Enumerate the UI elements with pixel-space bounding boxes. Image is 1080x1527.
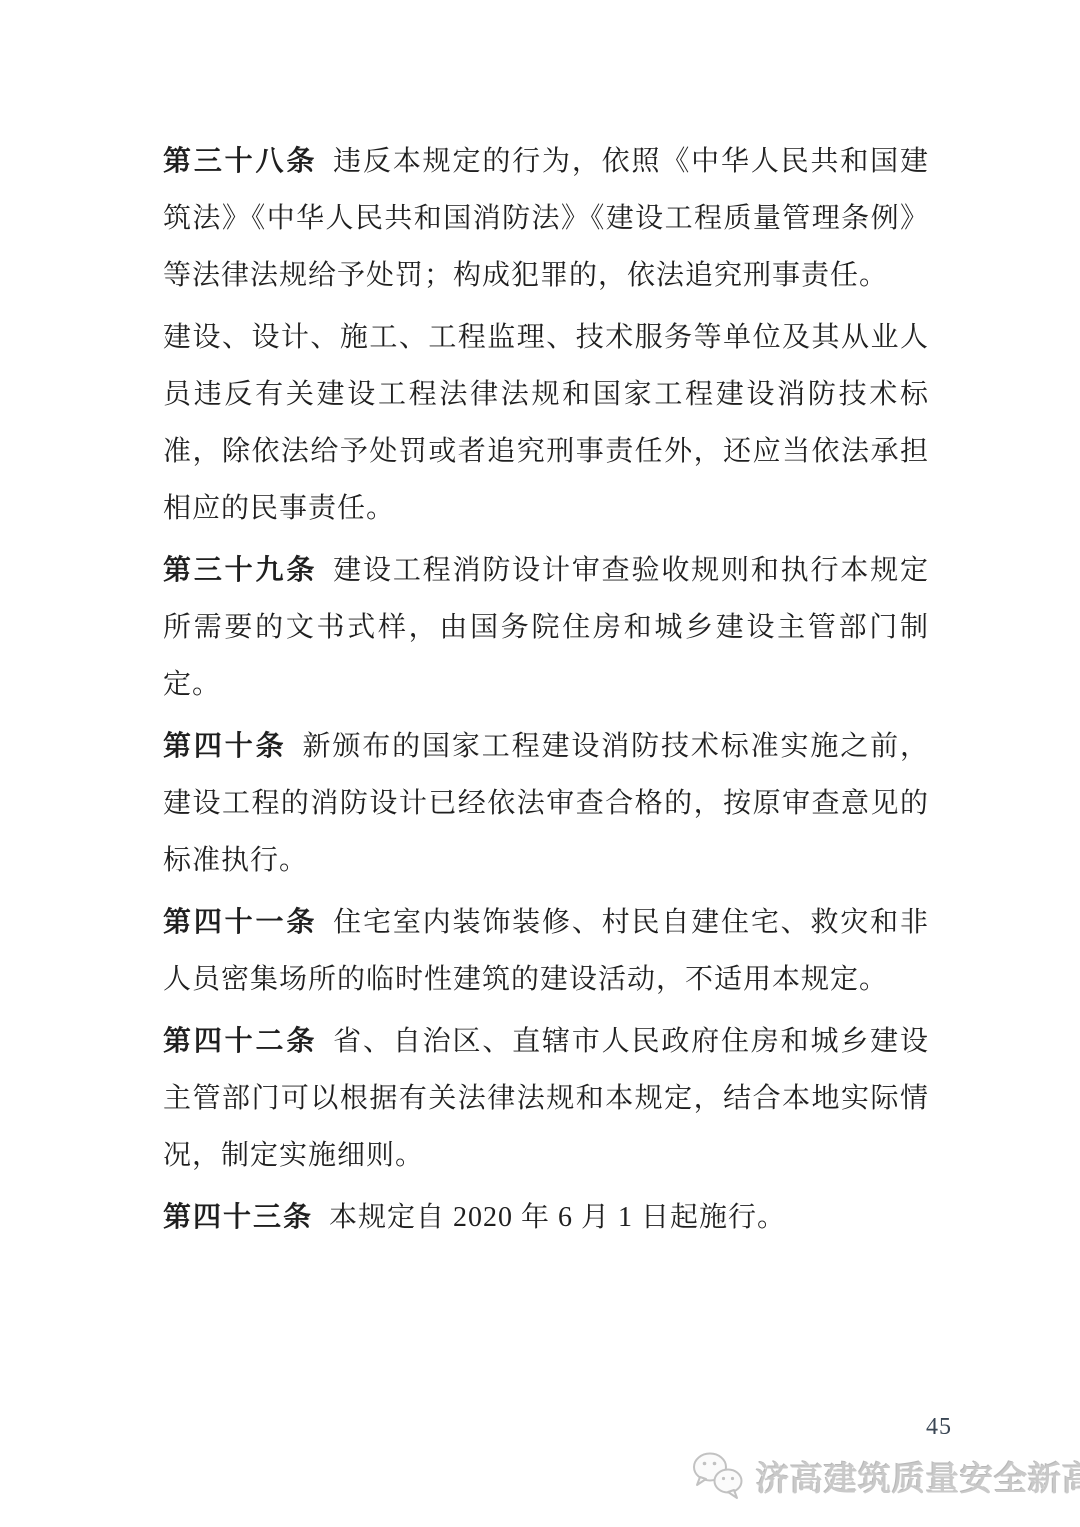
article-text: 本规定自 2020 年 6 月 1 日起施行。 [329, 1202, 786, 1233]
document-page: 第三十八条违反本规定的行为，依照《中华人民共和国建筑法》《中华人民共和国消防法》… [0, 0, 1080, 1527]
article-number: 第四十条 [163, 731, 287, 762]
article-paragraph: 第三十八条违反本规定的行为，依照《中华人民共和国建筑法》《中华人民共和国消防法》… [163, 133, 929, 304]
article-number: 第三十八条 [163, 146, 317, 177]
article-number: 第三十九条 [163, 555, 317, 586]
article-text: 建设、设计、施工、工程监理、技术服务等单位及其从业人员违反有关建设工程法律法规和… [163, 322, 929, 524]
page-number: 45 [0, 1414, 952, 1441]
article-paragraph: 第三十九条建设工程消防设计审查验收规则和执行本规定所需要的文书式样，由国务院住房… [163, 542, 929, 713]
article-number: 第四十一条 [163, 907, 317, 938]
article-paragraph: 第四十一条住宅室内装饰装修、村民自建住宅、救灾和非人员密集场所的临时性建筑的建设… [163, 894, 929, 1008]
document-body: 第三十八条违反本规定的行为，依照《中华人民共和国建筑法》《中华人民共和国消防法》… [163, 133, 929, 1251]
article-paragraph: 第四十三条本规定自 2020 年 6 月 1 日起施行。 [163, 1189, 929, 1246]
article-number: 第四十二条 [163, 1026, 317, 1057]
article-paragraph: 第四十条新颁布的国家工程建设消防技术标准实施之前，建设工程的消防设计已经依法审查… [163, 718, 929, 889]
wechat-icon [690, 1450, 746, 1502]
article-paragraph: 第四十二条省、自治区、直辖市人民政府住房和城乡建设主管部门可以根据有关法律法规和… [163, 1013, 929, 1184]
watermark-text: 济高建筑质量安全新高地 [756, 1453, 1080, 1500]
article-number: 第四十三条 [163, 1202, 313, 1233]
article-paragraph: 建设、设计、施工、工程监理、技术服务等单位及其从业人员违反有关建设工程法律法规和… [163, 309, 929, 537]
watermark: 济高建筑质量安全新高地 [690, 1450, 1080, 1502]
